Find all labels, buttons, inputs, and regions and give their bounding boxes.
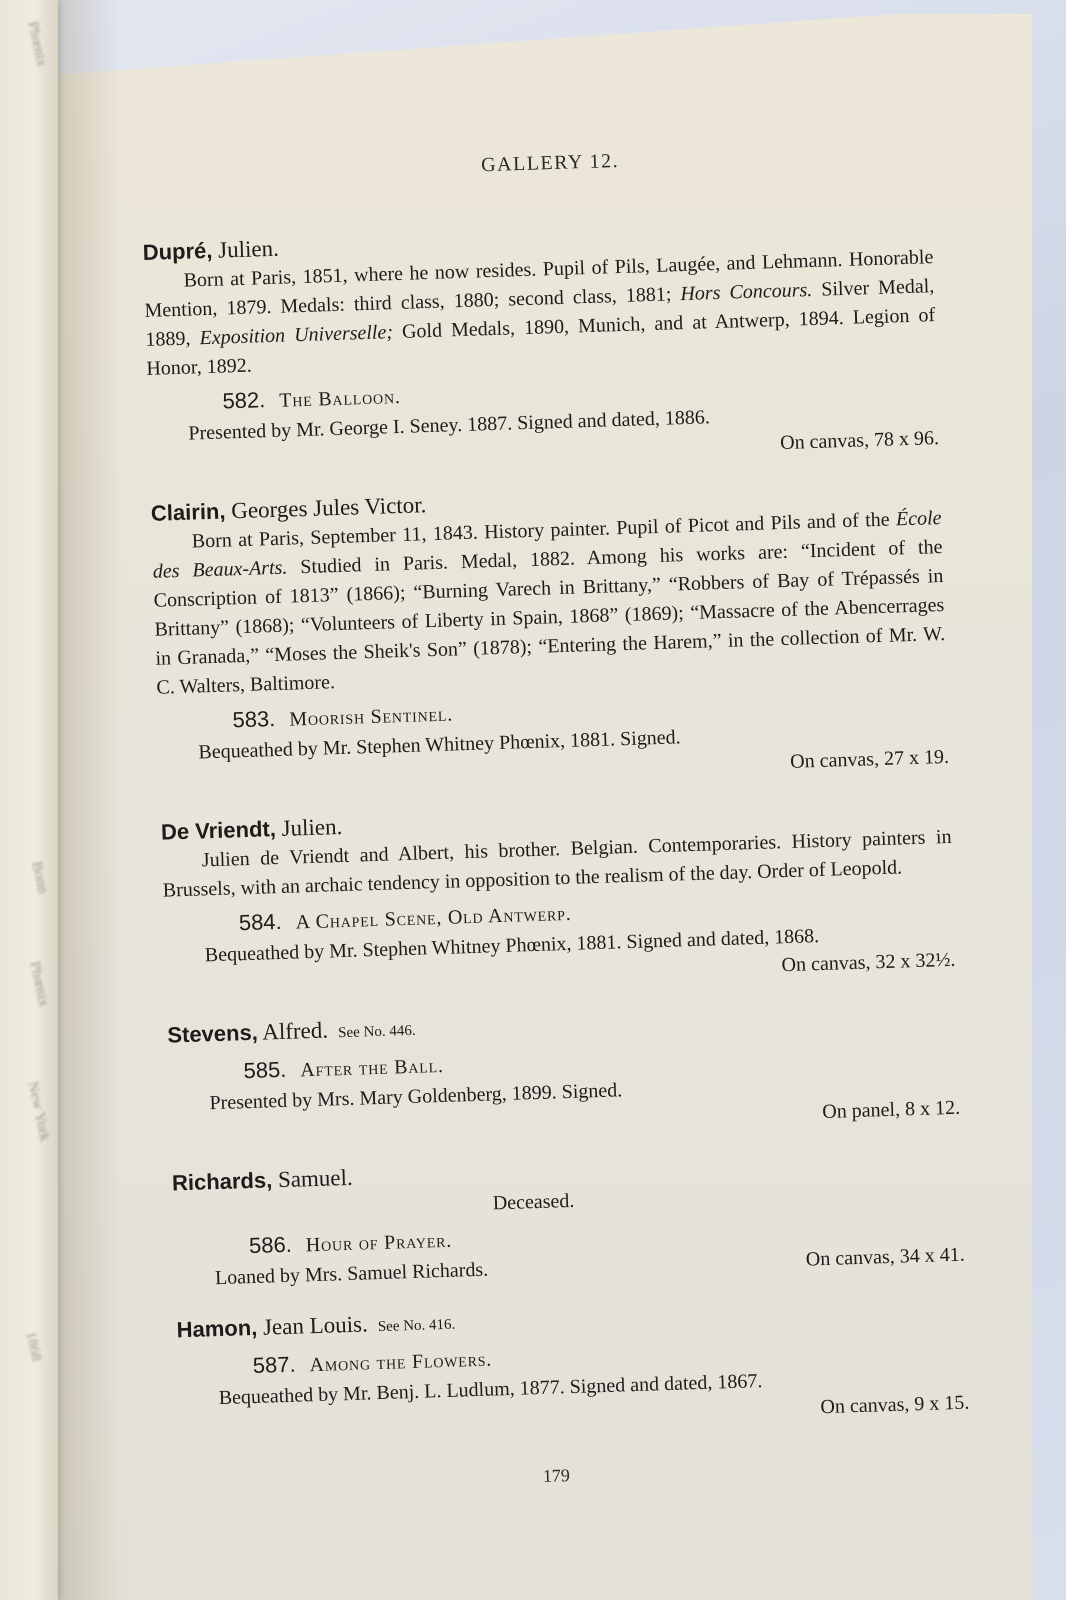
artist-given-name: Samuel.	[272, 1165, 353, 1193]
facing-page-edge: Phœnix Bonn Phœnix New York 1868	[0, 0, 58, 1600]
facing-page-text: Phœnix	[23, 20, 49, 68]
catalogue-number: 586.	[249, 1232, 293, 1258]
artist-entry: Richards, Samuel. Deceased. 586.Hour of …	[172, 1144, 966, 1294]
artist-surname: Hamon,	[176, 1315, 257, 1343]
catalogue-number: 584.	[238, 909, 282, 935]
work-title: After the Ball.	[300, 1055, 444, 1081]
artist-entry: Clairin, Georges Jules Victor. Born at P…	[150, 474, 949, 796]
bio-italic: Hors Concours.	[680, 279, 813, 305]
page-content: GALLERY 12. Dupré, Julien. Born at Paris…	[140, 140, 972, 1498]
artist-entry: Hamon, Jean Louis.See No. 416. 587.Among…	[176, 1291, 970, 1442]
cross-reference: See No. 446.	[338, 1023, 416, 1041]
artist-surname: Richards,	[172, 1167, 273, 1195]
work-title: The Balloon.	[279, 386, 401, 412]
artist-given-name: Julien.	[275, 814, 342, 841]
artist-surname: Dupré,	[142, 238, 212, 265]
artist-surname: Stevens,	[167, 1020, 258, 1048]
artist-given-name: Alfred.	[257, 1018, 328, 1045]
work-title: Among the Flowers.	[309, 1349, 492, 1377]
artist-biography: Born at Paris, 1851, where he now reside…	[143, 243, 936, 384]
artist-biography: Born at Paris, September 11, 1843. Histo…	[151, 504, 946, 703]
work-title: A Chapel Scene, Old Antwerp.	[295, 903, 571, 934]
work-title: Moorish Sentinel.	[289, 703, 453, 730]
facing-page-text: 1868	[21, 1330, 44, 1363]
catalogue-number: 585.	[243, 1057, 287, 1083]
catalogue-number: 583.	[232, 706, 276, 732]
facing-page-text: New York	[23, 1080, 52, 1143]
artist-given-name: Georges Jules Victor.	[225, 492, 427, 523]
catalogue-number: 582.	[222, 387, 266, 413]
artist-given-name: Jean Louis.	[257, 1311, 368, 1339]
work-title: Hour of Prayer.	[305, 1230, 452, 1257]
medium-dimensions: On canvas, 34 x 41.	[805, 1241, 965, 1274]
artist-surname: De Vriendt,	[161, 816, 277, 845]
artist-entry: Stevens, Alfred.See No. 446. 585.After t…	[167, 996, 961, 1147]
cross-reference: See No. 416.	[378, 1317, 456, 1335]
artist-given-name: Julien.	[212, 236, 279, 263]
artist-surname: Clairin,	[151, 498, 226, 525]
bio-italic: Exposition Universelle;	[199, 321, 393, 349]
artist-entry: Dupré, Julien. Born at Paris, 1851, wher…	[142, 213, 939, 477]
facing-page-text: Bonn	[27, 860, 50, 895]
artist-entry: De Vriendt, Julien. Julien de Vriendt an…	[161, 793, 956, 999]
facing-page-text: Phœnix	[25, 960, 51, 1008]
catalogue-number: 587.	[252, 1352, 296, 1378]
